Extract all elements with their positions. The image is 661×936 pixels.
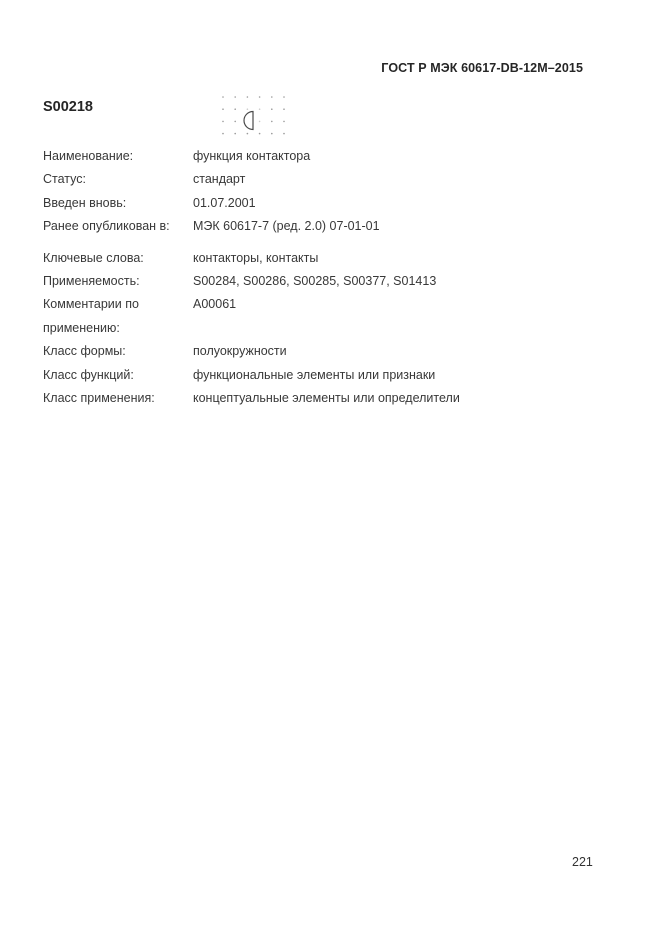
field-row: Класс функций:функциональные элементы ил…: [43, 364, 628, 387]
page-number: 221: [572, 855, 593, 869]
field-row: Применяемость:S00284, S00286, S00285, S0…: [43, 270, 628, 293]
semicircle-shape: [244, 112, 253, 130]
field-row: Наименование:функция контактора: [43, 145, 628, 168]
field-value: контакторы, контакты: [193, 247, 628, 270]
field-label: Класс применения:: [43, 387, 193, 410]
contactor-function-semicircle-icon: [220, 92, 290, 144]
field-value: полуокружности: [193, 340, 628, 363]
field-label: Наименование:: [43, 145, 193, 168]
field-row: Комментарии по применению:A00061: [43, 293, 628, 340]
field-value: стандарт: [193, 168, 628, 191]
field-row: Статус:стандарт: [43, 168, 628, 191]
field-value: функциональные элементы или признаки: [193, 364, 628, 387]
field-row: Введен вновь:01.07.2001: [43, 192, 628, 215]
field-value: МЭК 60617-7 (ред. 2.0) 07-01-01: [193, 215, 628, 238]
symbol-figure: [220, 92, 290, 144]
field-row: Класс применения:концептуальные элементы…: [43, 387, 628, 410]
field-value: концептуальные элементы или определители: [193, 387, 628, 410]
field-value: S00284, S00286, S00285, S00377, S01413: [193, 270, 628, 293]
field-label: Класс формы:: [43, 340, 193, 363]
field-label: Ранее опубликован в:: [43, 215, 193, 238]
field-label: Комментарии по применению:: [43, 293, 193, 340]
field-row: Класс формы:полуокружности: [43, 340, 628, 363]
field-label: Применяемость:: [43, 270, 193, 293]
fields-list: Наименование:функция контактораСтатус:ст…: [43, 145, 628, 410]
field-label: Введен вновь:: [43, 192, 193, 215]
field-label: Класс функций:: [43, 364, 193, 387]
field-value: 01.07.2001: [193, 192, 628, 215]
field-value: A00061: [193, 293, 628, 316]
field-label: Статус:: [43, 168, 193, 191]
field-value: функция контактора: [193, 145, 628, 168]
field-row: Ранее опубликован в:МЭК 60617-7 (ред. 2.…: [43, 215, 628, 238]
field-label: Ключевые слова:: [43, 247, 193, 270]
document-page: ГОСТ Р МЭК 60617-DB-12М–2015 S00218 Наим…: [0, 0, 661, 936]
field-row: Ключевые слова:контакторы, контакты: [43, 247, 628, 270]
symbol-code: S00218: [43, 99, 93, 115]
document-title-header: ГОСТ Р МЭК 60617-DB-12М–2015: [0, 61, 583, 75]
